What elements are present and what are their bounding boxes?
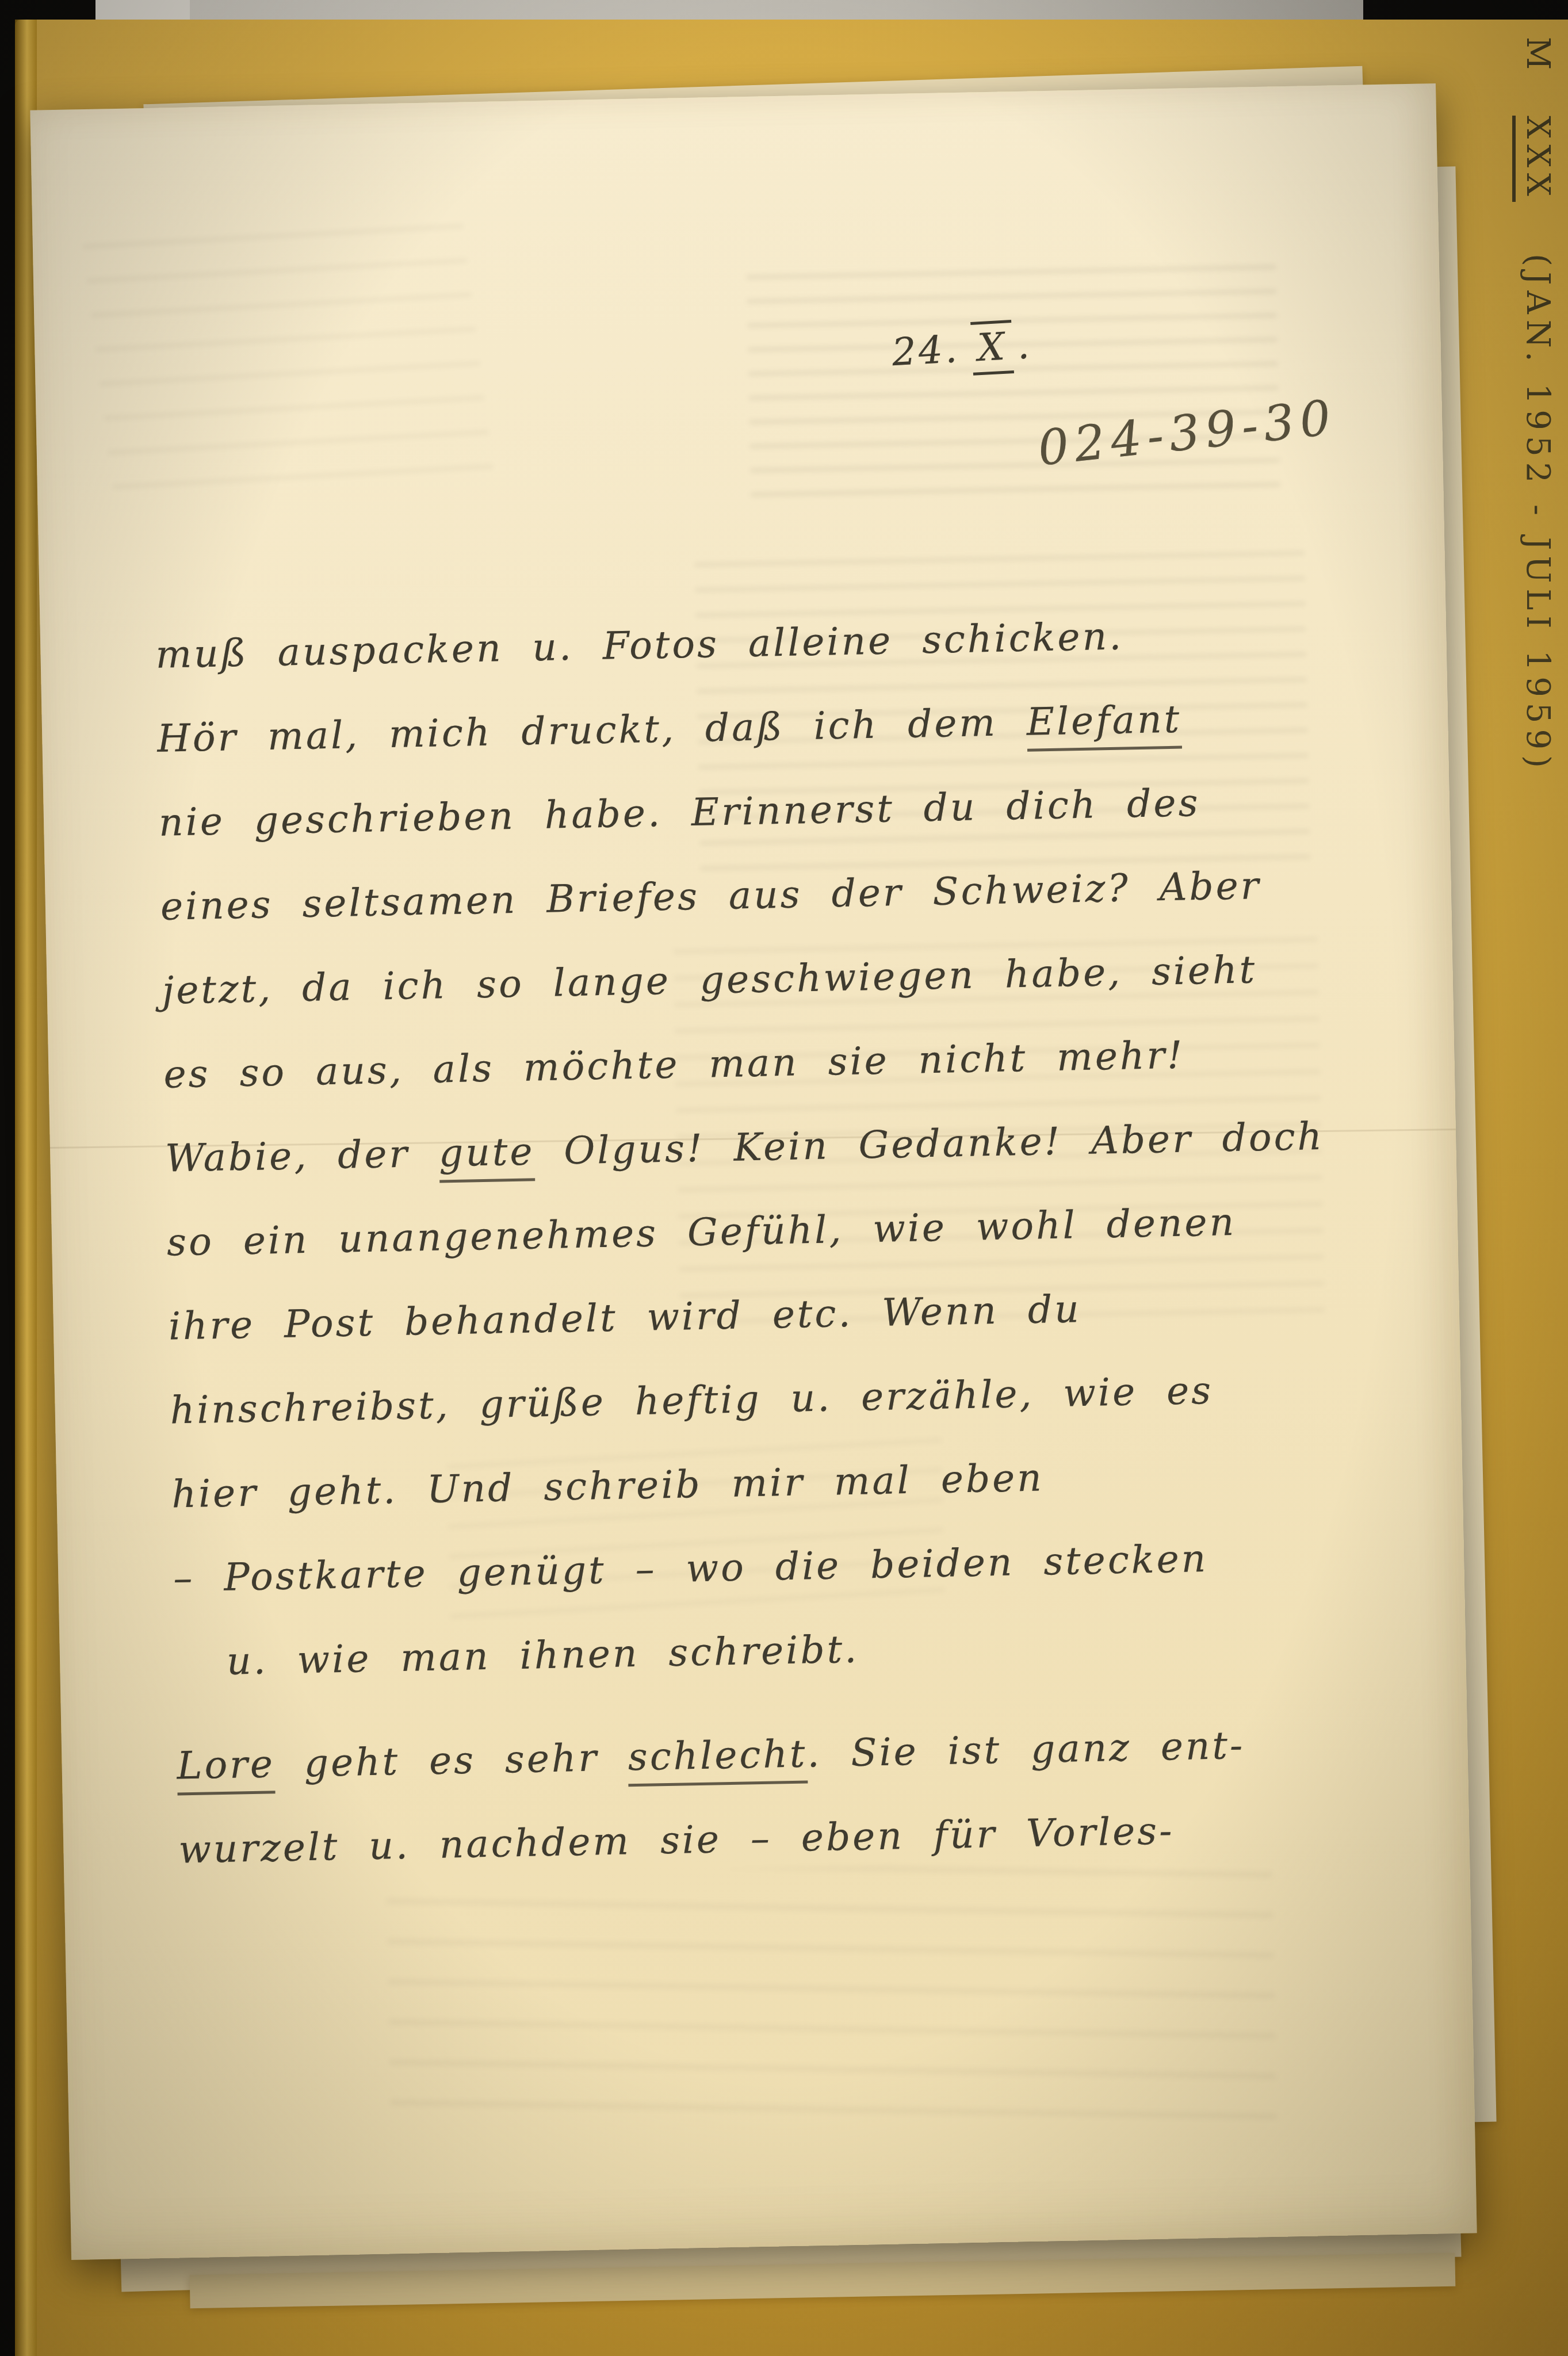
letter-text: . Sie ist ganz ent- [807,1723,1245,1776]
letter-text: jetzt, da ich so lange geschwiegen habe,… [162,947,1257,1013]
underlined-word: gute [438,1129,535,1183]
date-suffix: . [1016,323,1032,368]
underlined-word: schlecht [628,1731,808,1787]
letter-text: wurzelt u. nachdem sie – eben für Vorles… [178,1808,1175,1872]
letter-body: muß auspacken u. Fotos alleine schicken.… [155,588,1456,1892]
underlined-word: Lore [177,1742,276,1795]
paper-edge-strip [190,0,1363,20]
letter-text: Wabie, der [165,1131,439,1181]
letter-text: Olgus! Kein Gedanke! Aber doch [534,1114,1325,1173]
showthrough-ghost [747,259,1280,517]
letter-text: nie geschrieben habe. Erinnerst du dich … [158,781,1200,845]
folder-label-date-range: (JAN. 1952 - JULI 1959) [1519,254,1556,774]
archival-number: 024-39-30 [1035,389,1339,477]
folder-side-label: MXXX(JAN. 1952 - JULI 1959) [1487,37,1556,888]
letter-text: es so aus, als möchte man sie nicht mehr… [163,1033,1185,1097]
letter-text: hier geht. Und schreib mir mal eben [171,1455,1044,1516]
date-day: 24. [891,327,961,374]
letter-text: – Postkarte genügt – wo die beiden steck… [173,1536,1208,1601]
date-month-roman-numeral: X [970,320,1014,376]
letter-text: so ein unangenehmes Gefühl, wie wohl den… [166,1200,1236,1265]
letter-text: geht es sehr [274,1735,629,1786]
letter-text: u. wie man ihnen schreibt. [226,1627,859,1684]
letter-text: hinschreibst, grüße heftig u. erzähle, w… [170,1368,1214,1433]
folder-label-xxx: XXX [1512,116,1556,202]
folder-spine [15,20,37,2356]
folder-label-m: M [1519,37,1556,75]
letter-text: eines seltsamen Briefes aus der Schweiz?… [160,863,1261,929]
showthrough-ghost [386,1858,1277,2140]
letter-text: ihre Post behandelt wird etc. Wenn du [168,1287,1081,1348]
underlined-word: Elefant [1026,697,1182,752]
letter-text: Hör mal, mich druckt, daß ich dem [157,700,1027,761]
letter-text: muß auspacken u. Fotos alleine schicken. [155,614,1124,676]
showthrough-ghost [83,198,494,519]
letter-page: 24.X. 024-39-30 muß auspacken u. Fotos a… [30,83,1477,2260]
archive-photo: 24.X. 024-39-30 muß auspacken u. Fotos a… [0,0,1568,2356]
letter-date: 24.X. [890,319,1033,380]
